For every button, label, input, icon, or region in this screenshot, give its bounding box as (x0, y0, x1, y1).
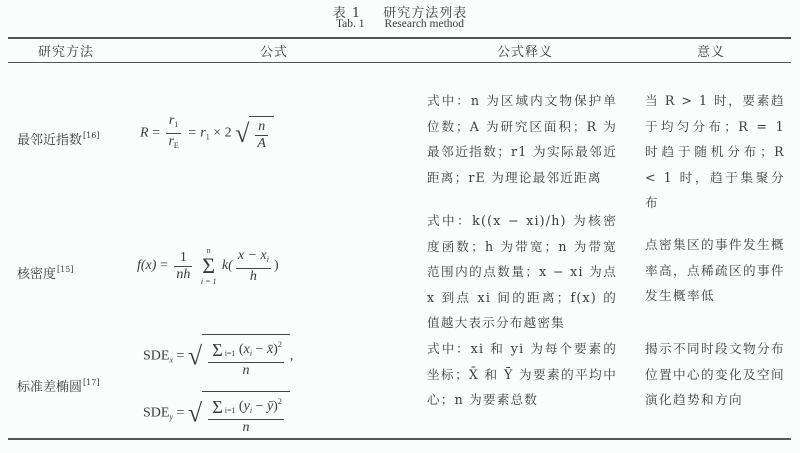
method-label: 核密度 (17, 267, 56, 282)
table-number-en: Tab. 1 (336, 18, 365, 30)
bottom-rule (8, 438, 791, 440)
formula-symbol: ) (274, 258, 279, 273)
formula-symbol: n (208, 363, 284, 379)
formula-symbol: ȳ (267, 399, 273, 414)
formula-symbol: R (140, 126, 149, 141)
formula-symbol: h (236, 269, 271, 285)
sum-lower: i = 1 (201, 277, 217, 286)
explanation-kernel-density: 式中：k((x − xi)/h) 为核密度函数；h 为带宽；n 为带宽范围内的点… (427, 208, 617, 336)
formula-operator: = (152, 126, 160, 141)
summation-symbol: n Σ i = 1 (201, 246, 217, 286)
explanation-nearest-neighbor: 式中：n 为区域内文物保护单位数；A 为研究区面积；R 为最邻近指数；r1 为实… (427, 88, 617, 190)
header-formula: 公式 (260, 41, 288, 60)
meaning-kernel-density: 点密集区的事件发生概率高，点稀疏区的事件发生概率低 (645, 232, 785, 309)
method-label: 标准差椭圆 (17, 380, 82, 395)
formula-subscript: 1 (206, 133, 210, 142)
square-root-symbol: √Σi=1 (yi − ȳ)2n (188, 391, 290, 436)
formula-operator: = (160, 258, 168, 273)
header-explanation: 公式释义 (497, 41, 553, 60)
formula-symbol: x̄ (267, 342, 273, 357)
formula-symbol: 1 (174, 250, 192, 267)
formula-symbol: n (255, 119, 268, 136)
formula-symbol: , (290, 349, 294, 364)
formula-sde-x: SDEx = √Σi=1 (xi − x̄)2n , (143, 334, 293, 379)
formula-subscript: y (169, 413, 173, 422)
formula-subscript: 1 (174, 120, 178, 129)
formula-symbol: SDE (143, 349, 169, 364)
formula-symbol: f(x) (137, 258, 156, 273)
formula-symbol: = r (187, 126, 205, 141)
header-meaning: 意义 (697, 41, 725, 60)
square-root-symbol: √nA (235, 116, 274, 152)
meaning-nearest-neighbor: 当 R > 1 时，要素趋于均匀分布；R = 1 时趋于随机分布；R < 1 时… (645, 88, 785, 216)
formula-subscript: E (174, 141, 179, 150)
header-method: 研究方法 (38, 41, 94, 60)
formula-nearest-neighbor: R = r1 rE = r1 × 2 √nA (140, 113, 274, 154)
formula-kernel-density: f(x) = 1nh n Σ i = 1 k(x − xih) (137, 246, 279, 286)
reference-mark: [17] (83, 378, 99, 387)
table-caption-en: Tab. 1Research method (0, 18, 800, 30)
meaning-sde: 揭示不同时段文物分布位置中心的变化及空间演化趋势和方向 (645, 336, 785, 413)
formula-symbol: SDE (143, 406, 169, 421)
formula-symbol: A (255, 136, 268, 152)
table-title-en: Research method (385, 18, 465, 30)
formula-sde-y: SDEy = √Σi=1 (yi − ȳ)2n (143, 391, 290, 436)
formula-symbol: k( (222, 258, 233, 273)
formula-subscript: i (267, 255, 269, 264)
formula-subscript: x (169, 356, 173, 365)
top-rule (8, 37, 791, 39)
header-rule (8, 62, 791, 63)
formula-symbol: nh (174, 267, 192, 283)
reference-mark: [15] (57, 265, 73, 274)
square-root-symbol: √Σi=1 (xi − x̄)2n (188, 334, 290, 379)
method-label: 最邻近指数 (17, 133, 82, 148)
formula-operator: × 2 (213, 126, 231, 141)
formula-fraction: r1 rE (166, 113, 180, 154)
method-sde: 标准差椭圆[17] (17, 376, 99, 395)
formula-symbol: n (208, 420, 284, 436)
method-nearest-neighbor: 最邻近指数[16] (17, 129, 99, 148)
reference-mark: [16] (83, 131, 99, 140)
formula-symbol: x − x (238, 248, 267, 263)
method-kernel-density: 核密度[15] (17, 263, 73, 282)
explanation-sde: 式中：xi 和 yi 为每个要素的坐标；X̄ 和 Ȳ 为要素的平均中心；n 为要… (427, 336, 617, 413)
